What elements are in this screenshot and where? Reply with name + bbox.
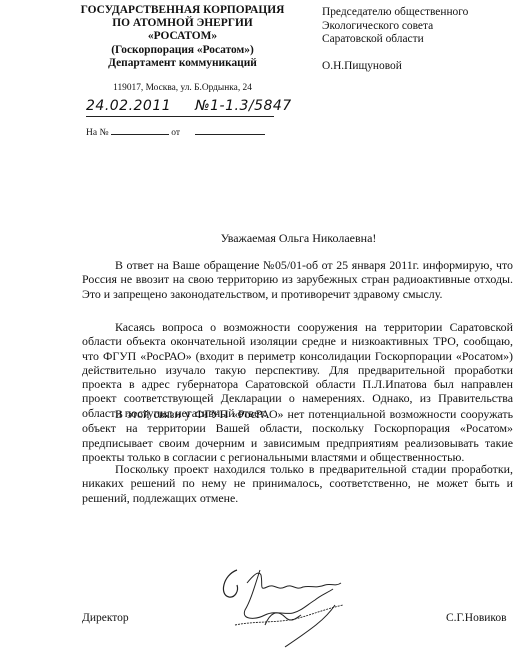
- addressee-line2: Экологического совета: [322, 20, 468, 34]
- paragraph-3: В этой связи у ФГУП «РосРАО» нет потенци…: [82, 407, 513, 464]
- addressee-line3: Саратовской области: [322, 33, 468, 47]
- ref-date-blank: [195, 125, 265, 135]
- paragraph-4: Поскольку проект находился только в пред…: [82, 462, 513, 505]
- paragraph-1: В ответ на Ваше обращение №05/01-об от 2…: [82, 258, 513, 301]
- greeting: Уважаемая Ольга Николаевна!: [0, 231, 519, 246]
- addressee-block: Председателю общественного Экологическог…: [322, 6, 468, 73]
- handwritten-number: №1-1.3/5847: [195, 98, 292, 114]
- reference-line: На № от: [86, 125, 265, 138]
- paragraph-text: Касаясь вопроса о возможности сооружения…: [82, 320, 513, 420]
- org-name-line2: ПО АТОМНОЙ ЭНЕРГИИ: [80, 17, 285, 30]
- letterhead: ГОСУДАРСТВЕННАЯ КОРПОРАЦИЯ ПО АТОМНОЙ ЭН…: [80, 4, 285, 70]
- date-underline: [86, 116, 274, 117]
- addressee-name: О.Н.Пищуновой: [322, 60, 468, 74]
- org-name-line1: ГОСУДАРСТВЕННАЯ КОРПОРАЦИЯ: [80, 4, 285, 17]
- signatory-name: С.Г.Новиков: [446, 612, 507, 624]
- org-short-name: (Госкорпорация «Росатом»): [80, 44, 285, 57]
- ref-number-blank: [111, 125, 169, 135]
- signatory-title: Директор: [82, 612, 129, 624]
- org-name-line3: «РОСАТОМ»: [80, 30, 285, 43]
- ref-label: На №: [86, 128, 109, 138]
- paragraph-text: Поскольку проект находился только в пред…: [82, 462, 513, 505]
- handwritten-signature: [215, 565, 365, 650]
- ref-from-label: от: [171, 128, 180, 138]
- addressee-line1: Председателю общественного: [322, 6, 468, 20]
- org-address: 119017, Москва, ул. Б.Ордынка, 24: [80, 83, 285, 93]
- outgoing-date-number: 24.02.2011 №1-1.3/5847: [86, 98, 292, 114]
- handwritten-date: 24.02.2011: [86, 98, 171, 114]
- paragraph-text: В этой связи у ФГУП «РосРАО» нет потенци…: [82, 407, 513, 464]
- paragraph-2: Касаясь вопроса о возможности сооружения…: [82, 320, 513, 420]
- paragraph-text: В ответ на Ваше обращение №05/01-об от 2…: [82, 258, 513, 301]
- department-name: Департамент коммуникаций: [80, 57, 285, 70]
